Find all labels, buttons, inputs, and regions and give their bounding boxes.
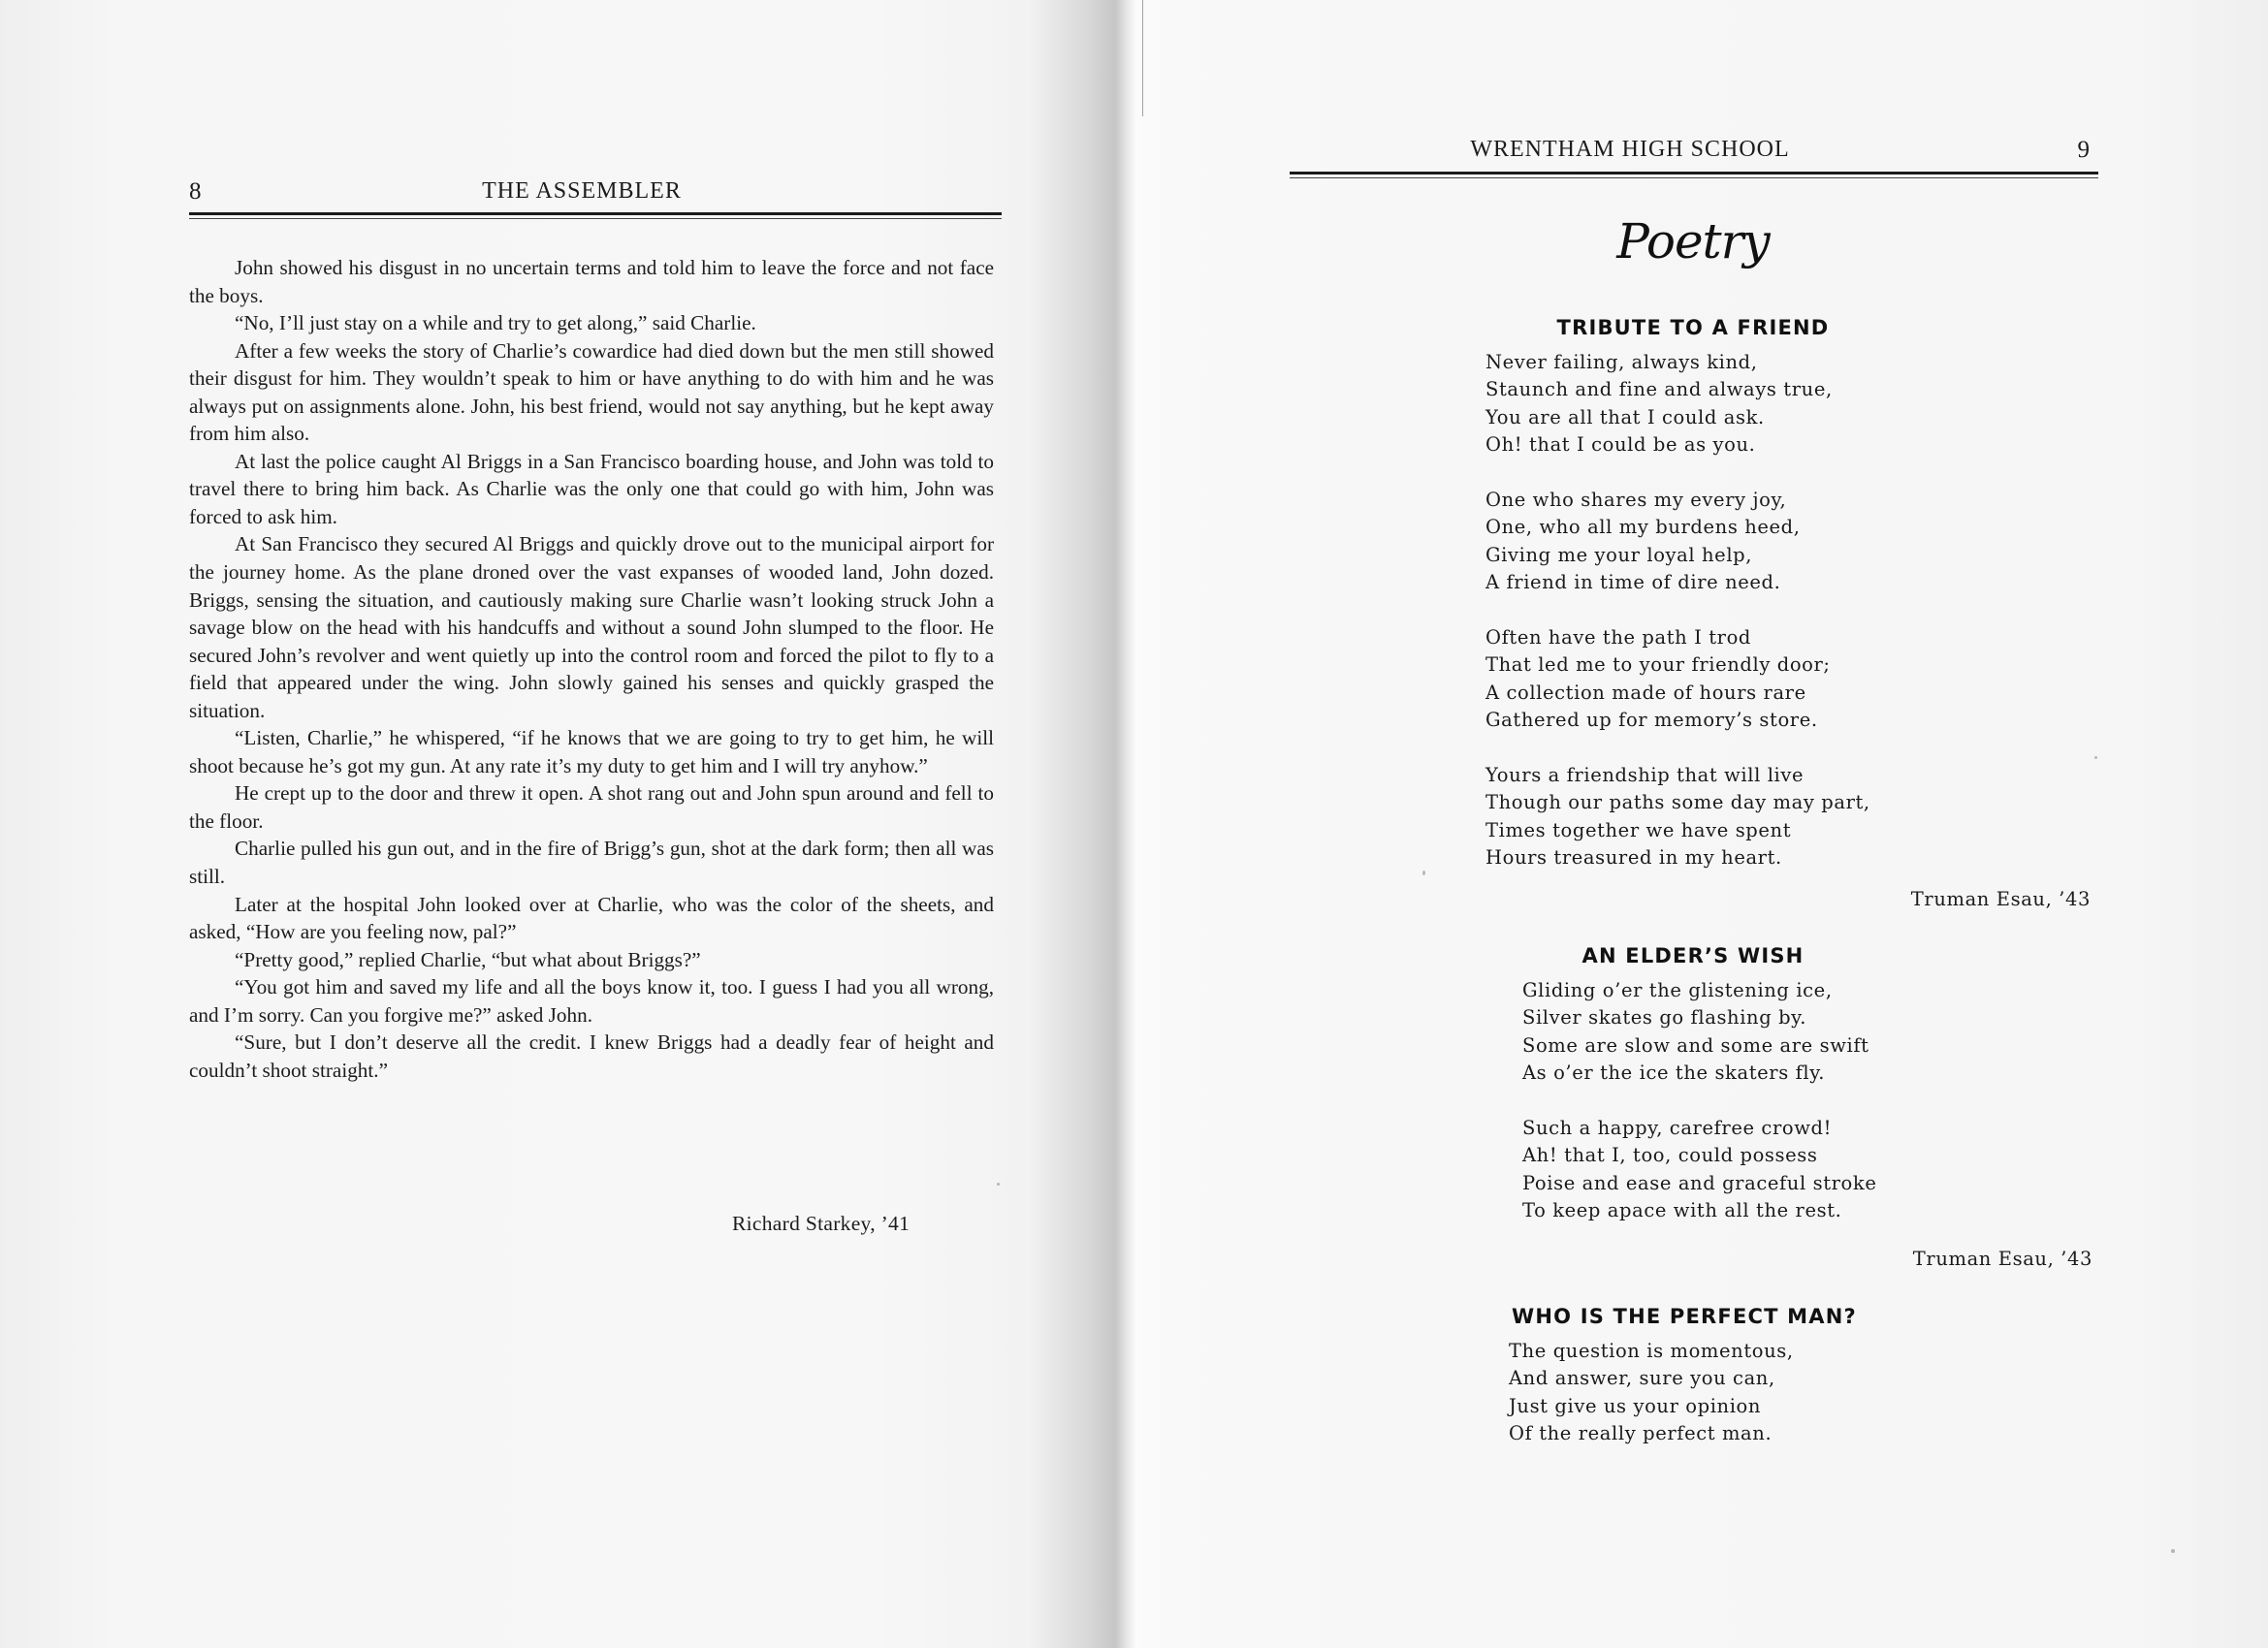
verse-line: To keep apace with all the rest. [1522,1197,1876,1224]
verse-line: The question is momentous, [1509,1338,1794,1365]
story-paragraph: After a few weeks the story of Charlie’s… [189,337,994,448]
verse-line: Just give us your opinion [1509,1393,1794,1420]
running-head-left: 8 THE ASSEMBLER [189,178,994,207]
story-paragraph: He crept up to the door and threw it ope… [189,779,994,835]
verse-line: As o’er the ice the skaters fly. [1522,1060,1876,1087]
story-paragraph: Charlie pulled his gun out, and in the f… [189,835,994,890]
scan-speck [1422,871,1425,875]
story-paragraph: “Pretty good,” replied Charlie, “but wha… [189,946,994,974]
verse-line: Poise and ease and graceful stroke [1522,1170,1876,1197]
verse-line: One, who all my burdens heed, [1485,514,1870,541]
verse-line: Yours a friendship that will live [1485,762,1870,789]
publication-title: THE ASSEMBLER [170,178,994,205]
poem-author: Truman Esau, ’43 [1911,888,2091,910]
poem-author: Truman Esau, ’43 [1913,1248,2092,1270]
story-paragraph: “Listen, Charlie,” he whispered, “if he … [189,724,994,779]
section-title: Poetry [1290,213,2096,269]
page-number-right: 9 [2078,137,2092,164]
header-rule-left [189,212,1002,220]
binding-fold [1142,0,1143,116]
verse-line: Oh! that I could be as you. [1485,431,1870,459]
poem-stanza: Gliding o’er the glistening ice,Silver s… [1522,977,1876,1088]
verse-line: Of the really perfect man. [1509,1420,1794,1447]
story-paragraph: Later at the hospital John looked over a… [189,891,994,946]
verse-line: A friend in time of dire need. [1485,569,1870,596]
verse-line: Hours treasured in my heart. [1485,844,1870,872]
poem-stanza: Yours a friendship that will liveThough … [1485,762,1870,872]
poem-stanza: The question is momentous,And answer, su… [1509,1338,1794,1448]
poem-title: WHO IS THE PERFECT MAN? [1512,1305,1857,1328]
poem-title: TRIBUTE TO A FRIEND [1290,316,2096,339]
story-paragraph: At last the police caught Al Briggs in a… [189,448,994,531]
verse-line: Gathered up for memory’s store. [1485,707,1870,734]
poem-verse: The question is momentous,And answer, su… [1509,1338,1794,1448]
verse-line: You are all that I could ask. [1485,404,1870,431]
verse-line: One who shares my every joy, [1485,487,1870,514]
story-paragraph: “You got him and saved my life and all t… [189,973,994,1029]
school-name: WRENTHAM HIGH SCHOOL [1290,137,1970,163]
poem-title: AN ELDER’S WISH [1290,944,2096,967]
verse-line: Often have the path I trod [1485,624,1870,651]
verse-line: Never failing, always kind, [1485,349,1870,376]
verse-line: Such a happy, carefree crowd! [1522,1115,1876,1142]
verse-line: That led me to your friendly door; [1485,651,1870,679]
scan-speck [2171,1549,2175,1553]
poem-stanza: Often have the path I trodThat led me to… [1485,624,1870,735]
verse-line: Though our paths some day may part, [1485,789,1870,816]
verse-line: Gliding o’er the glistening ice, [1522,977,1876,1004]
poem-verse: Never failing, always kind,Staunch and f… [1485,349,1870,872]
poem-stanza: Such a happy, carefree crowd!Ah! that I,… [1522,1115,1876,1225]
verse-line: Silver skates go flashing by. [1522,1004,1876,1031]
story-paragraph: John showed his disgust in no uncertain … [189,254,994,309]
verse-line: Giving me your loyal help, [1485,542,1870,569]
story-body: John showed his disgust in no uncertain … [189,254,994,1084]
story-byline: Richard Starkey, ’41 [732,1212,910,1236]
verse-line: And answer, sure you can, [1509,1365,1794,1392]
verse-line: Staunch and fine and always true, [1485,376,1870,403]
story-paragraph: At San Francisco they secured Al Briggs … [189,530,994,724]
header-rule-right [1290,172,2098,179]
running-head-right: WRENTHAM HIGH SCHOOL 9 [1290,137,2096,166]
scan-speck [2094,756,2097,759]
story-paragraph: “Sure, but I don’t deserve all the credi… [189,1029,994,1084]
poem-verse: Gliding o’er the glistening ice,Silver s… [1522,977,1876,1225]
verse-line: Times together we have spent [1485,817,1870,844]
story-paragraph: “No, I’ll just stay on a while and try t… [189,309,994,337]
poem-stanza: Never failing, always kind,Staunch and f… [1485,349,1870,460]
scan-speck [997,1183,1000,1186]
verse-line: A collection made of hours rare [1485,680,1870,707]
poem-stanza: One who shares my every joy,One, who all… [1485,487,1870,597]
verse-line: Ah! that I, too, could possess [1522,1142,1876,1169]
verse-line: Some are slow and some are swift [1522,1032,1876,1060]
